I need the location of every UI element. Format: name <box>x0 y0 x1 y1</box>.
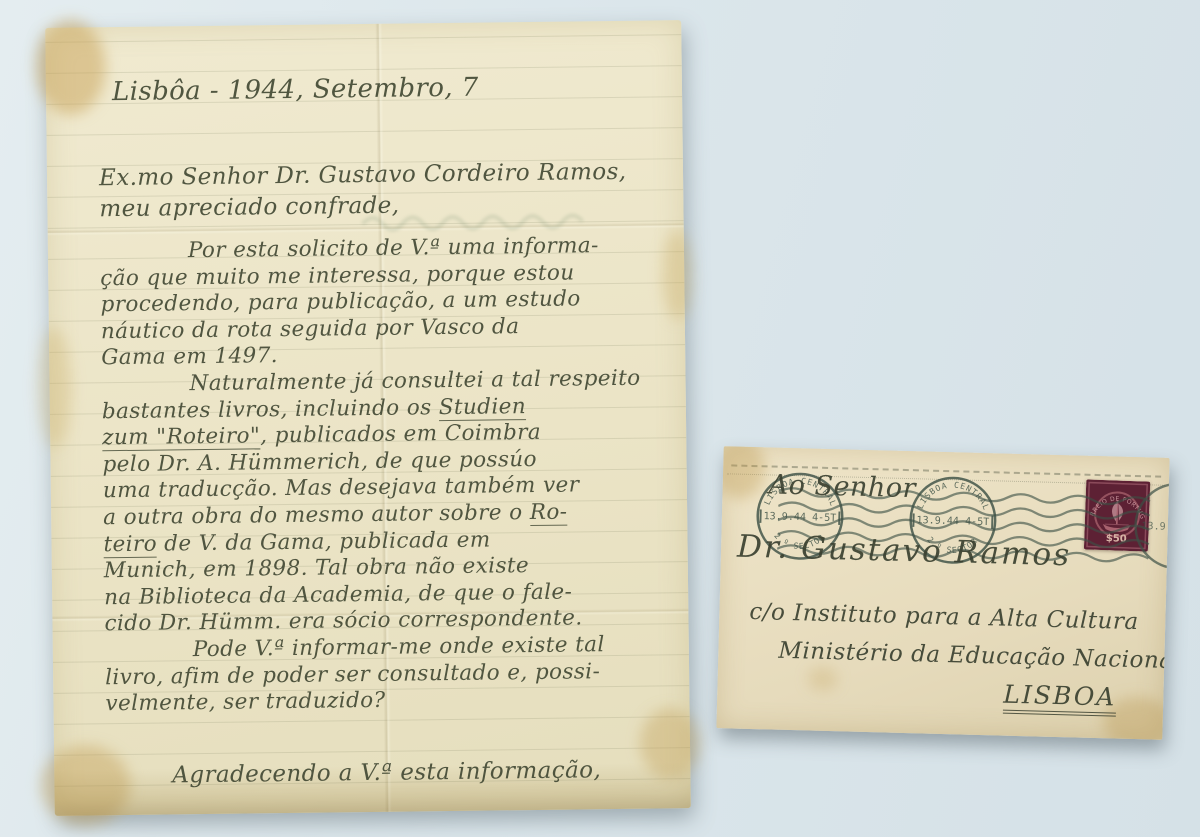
photo-background: Lisbôa - 1944, Setembro, 7 Ex.mo Senhor … <box>0 0 1200 837</box>
handwriting: Munich, em 1898. Tal obra não existe <box>104 553 530 583</box>
envelope-address-line: LISBOA <box>1003 680 1117 712</box>
handwriting: , publicados em Coimbra <box>260 420 541 448</box>
postmark-date: 13.9.44 4-5T <box>763 511 836 524</box>
envelope: CORREIO DE PORTUGAL $50 <box>716 446 1169 740</box>
handwriting: Naturalmente já consultei a tal respeito <box>189 366 640 397</box>
salutation-line: Ex.mo Senhor Dr. Gustavo Cordeiro Ramos, <box>99 157 627 194</box>
handwriting: de V. da Gama, publicada em <box>157 527 491 556</box>
letter-date-heading: Lisbôa - 1944, Setembro, 7 <box>112 73 479 107</box>
handwriting: pelo Dr. A. Hümmerich, de que possúo <box>102 447 537 477</box>
envelope-address-line: Ao Senhor <box>768 469 916 504</box>
postmark-date: 13.9.44 4-5T <box>916 515 989 528</box>
underlined-handwriting: Studien <box>439 394 527 421</box>
handwriting: livro, afim de poder ser consultado e, p… <box>105 659 600 690</box>
handwriting: Pode V.ª informar-me onde existe tal <box>193 632 605 662</box>
handwriting: ção que muito me interessa, porque estou <box>100 260 575 291</box>
age-stain <box>662 230 693 320</box>
handwriting: náutico da rota seguida por Vasco da <box>101 314 520 344</box>
letter-closing-line: Agradecendo a V.ª esta informação, <box>172 757 601 788</box>
letter-body: Por esta solicito de V.ª uma informa-ção… <box>100 232 661 717</box>
handwriting: Por esta solicito de V.ª uma informa- <box>188 233 599 263</box>
handwriting: na Biblioteca da Academia, de que o fale… <box>104 579 572 610</box>
handwriting: LISBOA <box>1003 680 1117 717</box>
handwriting: bastantes livros, incluindo os <box>102 395 439 424</box>
underlined-handwriting: teiro <box>103 531 157 558</box>
handwriting: Gama em 1497. <box>101 343 278 370</box>
handwriting: Ao Senhor <box>768 469 916 504</box>
underlined-handwriting: zum "Roteiro" <box>102 423 260 451</box>
handwriting: a outra obra do mesmo autor sobre o <box>103 500 530 530</box>
circular-postmark-partial: 13.9.44 4-5T <box>1129 477 1170 575</box>
handwriting: cido Dr. Hümm. era sócio correspondente. <box>104 606 582 637</box>
postmark-date: 13.9.44 4-5T <box>1141 521 1169 534</box>
handwriting: procedendo, para publicação, a um estudo <box>100 287 580 318</box>
handwriting: uma traducção. Mas desejava também ver <box>103 473 580 504</box>
handwriting: velmente, ser traduzido? <box>105 688 385 716</box>
postmark-top-arc-label: LISBOA CENTRAL <box>915 478 993 512</box>
letter-sheet: Lisbôa - 1944, Setembro, 7 Ex.mo Senhor … <box>45 20 691 816</box>
age-stain <box>35 19 106 115</box>
underlined-handwriting: Ro- <box>530 500 568 526</box>
